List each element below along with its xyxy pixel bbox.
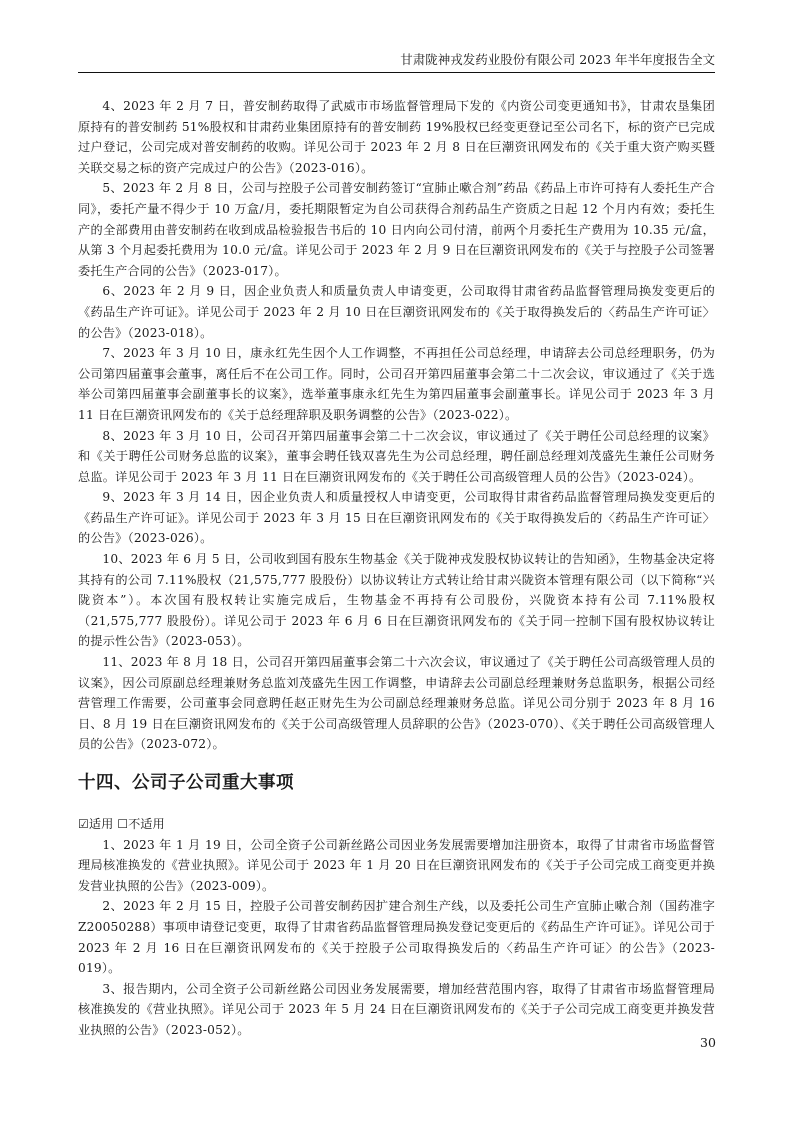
report-title: 甘肃陇神戎发药业股份有限公司 2023 年半年度报告全文: [400, 52, 715, 67]
paragraph-item-10: 10、2023 年 6 月 5 日，公司收到国有股东生物基金《关于陇神戎发股权协…: [78, 549, 715, 652]
paragraph-item-5: 5、2023 年 2 月 8 日，公司与控股子公司普安制药签订“宣肺止嗽合剂”药…: [78, 178, 715, 281]
page-footer: 30: [0, 1035, 715, 1050]
paragraph-item-11: 11、2023 年 8 月 18 日，公司召开第四届董事会第二十六次会议，审议通…: [78, 652, 715, 755]
applicable-checked-checkbox: ☑适用: [78, 817, 113, 831]
subsidiary-paragraph-2: 2、2023 年 2 月 15 日，控股子公司普安制药因扩建合剂生产线，以及委托…: [78, 896, 715, 978]
page-content: 4、2023 年 2 月 7 日，普安制药取得了武威市市场监督管理局下发的《内资…: [78, 96, 715, 1041]
applicability-options: ☑适用 ☐不适用: [78, 814, 715, 835]
subsidiary-paragraph-3: 3、报告期内，公司全资子公司新丝路公司因业务发展需要，增加经营范围内容，取得了甘…: [78, 979, 715, 1041]
page-header: 甘肃陇神戎发药业股份有限公司 2023 年半年度报告全文: [78, 50, 715, 73]
page-number: 30: [693, 1035, 723, 1050]
paragraph-item-4: 4、2023 年 2 月 7 日，普安制药取得了武威市市场监督管理局下发的《内资…: [78, 96, 715, 178]
subsidiary-paragraph-1: 1、2023 年 1 月 19 日，公司全资子公司新丝路公司因业务发展需要增加注…: [78, 835, 715, 897]
not-applicable-checkbox: ☐不适用: [117, 817, 165, 831]
section-heading: 十四、公司子公司重大事项: [78, 769, 715, 794]
paragraph-item-6: 6、2023 年 2 月 9 日，因企业负责人和质量负责人申请变更，公司取得甘肃…: [78, 281, 715, 343]
paragraph-item-9: 9、2023 年 3 月 14 日，因企业负责人和质量授权人申请变更，公司取得甘…: [78, 487, 715, 549]
paragraph-item-8: 8、2023 年 3 月 10 日，公司召开第四届董事会第二十二次会议，审议通过…: [78, 426, 715, 488]
paragraph-item-7: 7、2023 年 3 月 10 日，康永红先生因个人工作调整，不再担任公司总经理…: [78, 343, 715, 425]
